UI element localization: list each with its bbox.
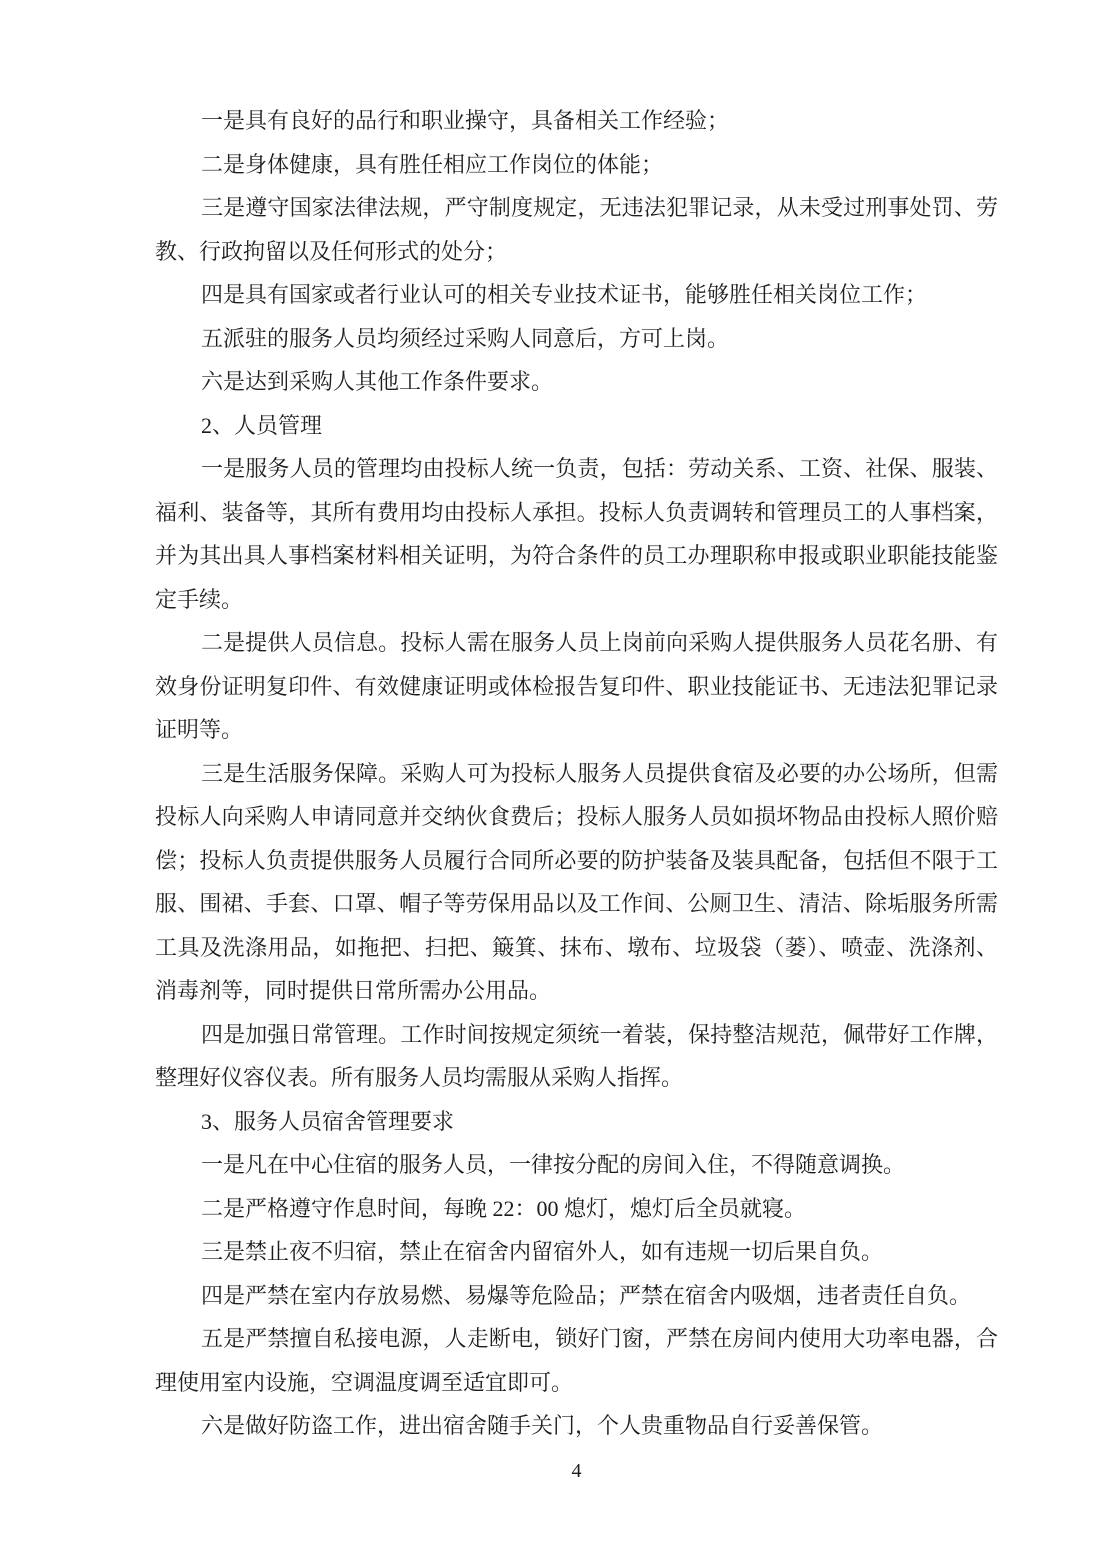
document-line: 福利、装备等，其所有费用均由投标人承担。投标人负责调转和管理员工的人事档案，	[155, 491, 998, 535]
document-line: 四是具有国家或者行业认可的相关专业技术证书，能够胜任相关岗位工作；	[155, 273, 998, 317]
document-line: 六是达到采购人其他工作条件要求。	[155, 360, 998, 404]
document-line: 二是身体健康，具有胜任相应工作岗位的体能；	[155, 143, 998, 187]
document-line: 教、行政拘留以及任何形式的处分；	[155, 230, 998, 274]
document-line: 整理好仪容仪表。所有服务人员均需服从采购人指挥。	[155, 1056, 998, 1100]
document-line: 一是具有良好的品行和职业操守，具备相关工作经验；	[155, 99, 998, 143]
document-line: 工具及洗涤用品，如拖把、扫把、簸箕、抹布、墩布、垃圾袋（蒌）、喷壶、洗涤剂、	[155, 926, 998, 970]
document-line: 投标人向采购人申请同意并交纳伙食费后；投标人服务人员如损坏物品由投标人照价赔	[155, 795, 998, 839]
document-body: 一是具有良好的品行和职业操守，具备相关工作经验；二是身体健康，具有胜任相应工作岗…	[155, 99, 998, 1448]
document-line: 五是严禁擅自私接电源，人走断电，锁好门窗，严禁在房间内使用大功率电器，合	[155, 1317, 998, 1361]
document-line: 并为其出具人事档案材料相关证明，为符合条件的员工办理职称申报或职业职能技能鉴	[155, 534, 998, 578]
document-line: 三是遵守国家法律法规，严守制度规定，无违法犯罪记录，从未受过刑事处罚、劳	[155, 186, 998, 230]
document-line: 四是严禁在室内存放易燃、易爆等危险品；严禁在宿舍内吸烟，违者责任自负。	[155, 1274, 998, 1318]
page-footer: 4	[155, 1458, 998, 1484]
document-line: 一是凡在中心住宿的服务人员，一律按分配的房间入住，不得随意调换。	[155, 1143, 998, 1187]
document-line: 3、服务人员宿舍管理要求	[155, 1100, 998, 1144]
document-line: 二是提供人员信息。投标人需在服务人员上岗前向采购人提供服务人员花名册、有	[155, 621, 998, 665]
page-number: 4	[572, 1460, 582, 1482]
document-line: 一是服务人员的管理均由投标人统一负责，包括：劳动关系、工资、社保、服装、	[155, 447, 998, 491]
document-line: 三是禁止夜不归宿，禁止在宿舍内留宿外人，如有违规一切后果自负。	[155, 1230, 998, 1274]
document-line: 四是加强日常管理。工作时间按规定须统一着装，保持整洁规范，佩带好工作牌，	[155, 1013, 998, 1057]
document-line: 2、人员管理	[155, 404, 998, 448]
document-line: 五派驻的服务人员均须经过采购人同意后，方可上岗。	[155, 317, 998, 361]
document-line: 理使用室内设施，空调温度调至适宜即可。	[155, 1361, 998, 1405]
document-line: 效身份证明复印件、有效健康证明或体检报告复印件、职业技能证书、无违法犯罪记录	[155, 665, 998, 709]
document-line: 服、围裙、手套、口罩、帽子等劳保用品以及工作间、公厕卫生、清洁、除垢服务所需	[155, 882, 998, 926]
document-line: 二是严格遵守作息时间，每晚 22：00 熄灯，熄灯后全员就寝。	[155, 1187, 998, 1231]
document-line: 消毒剂等，同时提供日常所需办公用品。	[155, 969, 998, 1013]
document-page: 一是具有良好的品行和职业操守，具备相关工作经验；二是身体健康，具有胜任相应工作岗…	[0, 0, 1103, 1559]
document-line: 定手续。	[155, 578, 998, 622]
document-line: 六是做好防盗工作，进出宿舍随手关门，个人贵重物品自行妥善保管。	[155, 1404, 998, 1448]
document-line: 偿；投标人负责提供服务人员履行合同所必要的防护装备及装具配备，包括但不限于工	[155, 839, 998, 883]
document-line: 证明等。	[155, 708, 998, 752]
document-line: 三是生活服务保障。采购人可为投标人服务人员提供食宿及必要的办公场所，但需	[155, 752, 998, 796]
